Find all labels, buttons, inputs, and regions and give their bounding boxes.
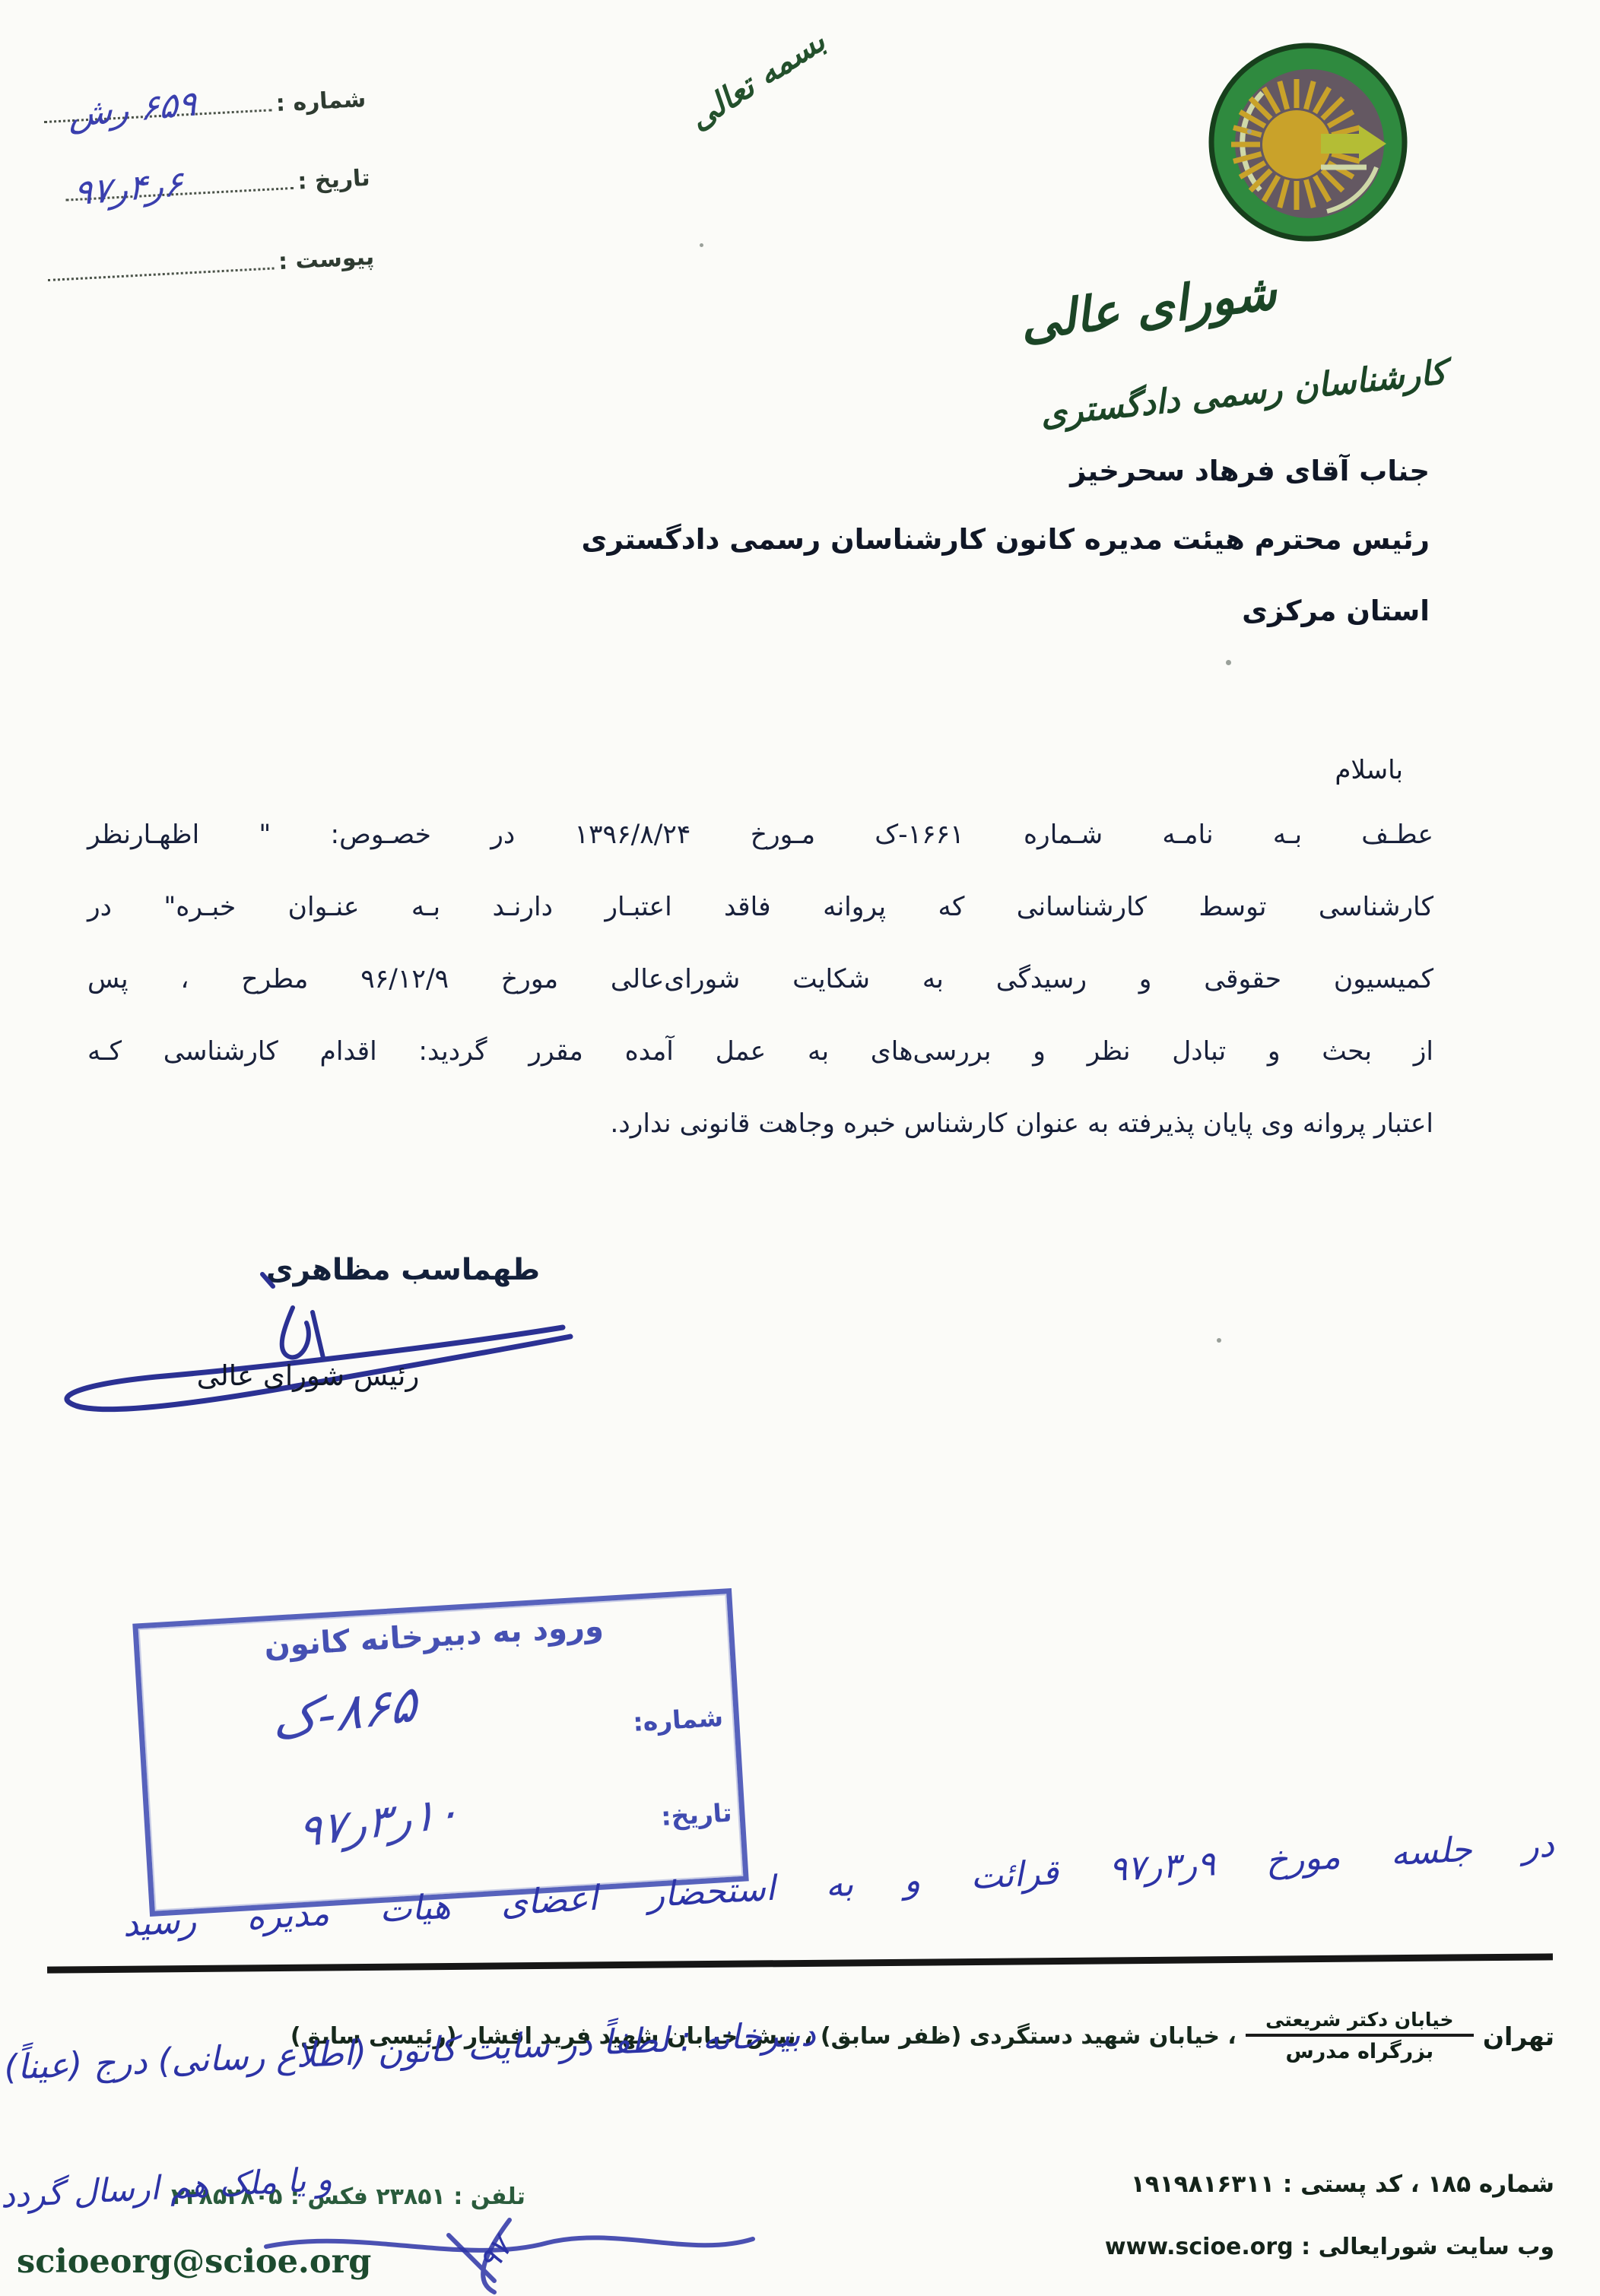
recipient-province: استان مرکزی [1242,595,1430,627]
attachment-dotted-line [48,267,275,281]
org-name-line1: شورای عالی [1013,264,1284,352]
scan-speck [700,243,703,247]
body-paragraph: عطـف بـه نامـه شـماره ۱۶۶۱-ک مـورخ ۱۳۹۶/… [87,820,1433,1181]
scan-speck [1226,660,1231,665]
date-label: تاریخ : [297,165,371,195]
stamp-number-label: شماره: [632,1702,724,1737]
secretariat-entry-stamp: ورود به دبیرخانه کانون شماره: ۸۶۵-ک تاری… [132,1588,749,1917]
scan-speck [1217,1338,1221,1343]
recipient-name: جناب آقای فرهاد سحرخیز [1070,455,1430,487]
besmeleh-calligraphy: بسمه تعالی [651,2,862,157]
emblem-svg [1205,38,1411,243]
footer-scribble [221,2205,844,2296]
footer-street-bottom: بزرگراه مدرس [1246,2037,1474,2063]
footer-street-options: خیابان دکتر شریعتی بزرگراه مدرس [1246,2009,1474,2063]
signer-role: رئیس شورای عالی [167,1359,449,1392]
body-line-1: عطـف بـه نامـه شـماره ۱۶۶۱-ک مـورخ ۱۳۹۶/… [87,820,1433,892]
body-line-4: از بحث و تبادل نظر و بررسی‌های به عمل آم… [87,1036,1433,1108]
scanned-letter-page: شماره : ۶۵۹ رش تاریخ : ۶ر۴ر۹۷ پیوست : بس… [0,0,1600,2296]
council-emblem-icon [1205,38,1411,243]
footer-divider [47,1953,1553,1973]
footer-scribble-svg [221,2205,844,2296]
signature-stroke-svg [34,1268,589,1435]
stamp-header: ورود به دبیرخانه کانون [154,1603,713,1671]
body-line-2: کارشناسی توسط کارشناسانی که پروانه فاقد … [87,892,1433,964]
footer-city: تهران [1483,2022,1554,2051]
body-line-3: کمیسیون حقوقی و رسیدگی به شکایت شورای‌عا… [87,964,1433,1036]
stamp-number-value: ۸۶۵-ک [272,1674,417,1751]
footer-number-postal: شماره ۱۸۵ ، کد پستی : ۱۹۱۹۸۱۶۳۱۱ [1131,2171,1554,2198]
salutation: باسلام [1335,755,1403,785]
stamp-date-value: ۱۰ر۳ر۹۷ [298,1785,460,1857]
org-name-line2: کارشناسان رسمی دادگستری [969,346,1517,442]
stamp-date-label: تاریخ: [660,1797,732,1831]
recipient-title: رئیس محترم هیئت مدیره کانون کارشناسان رس… [582,523,1430,556]
scan-speck [1247,129,1252,134]
letterhead-fields: شماره : ۶۵۹ رش تاریخ : ۶ر۴ر۹۷ پیوست : [36,33,375,287]
footer-street-top: خیابان دکتر شریعتی [1246,2009,1474,2037]
handwritten-signature [34,1268,589,1435]
attachment-field: پیوست : [44,192,375,287]
footer-website: وب سایت شورایعالی : www.scioe.org [1105,2234,1554,2260]
body-line-5: اعتبار پروانه وی پایان پذیرفته به عنوان … [87,1108,1433,1181]
attachment-label: پیوست : [278,244,375,276]
